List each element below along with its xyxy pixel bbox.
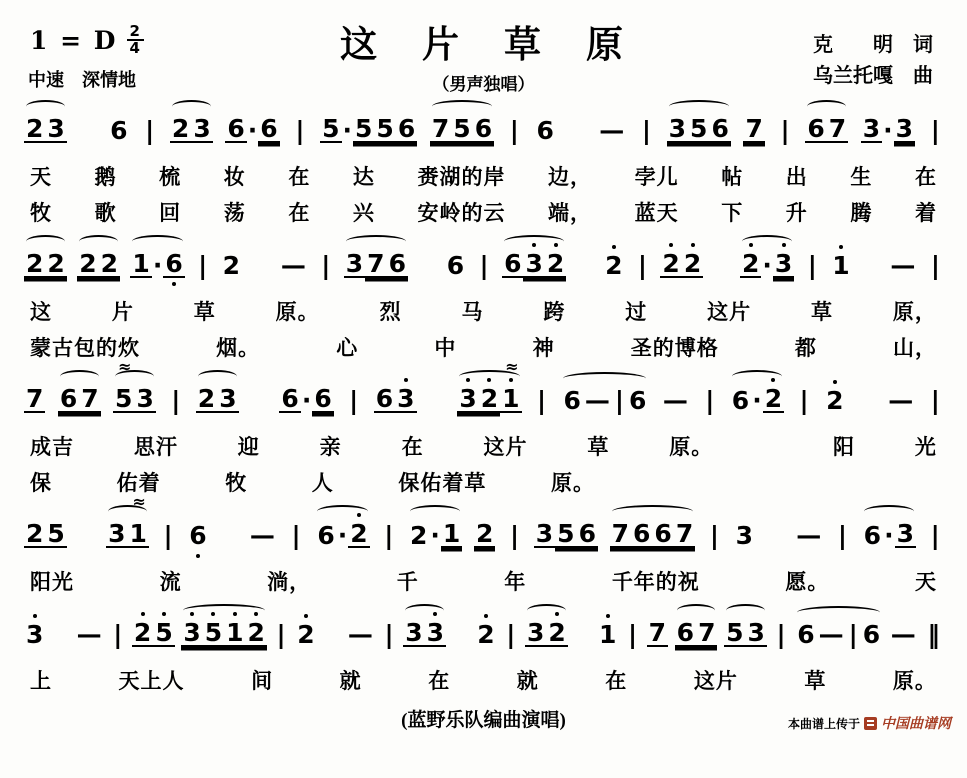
lyric-syllable: 中 bbox=[434, 332, 456, 362]
lyric-syllable: 草 bbox=[811, 296, 833, 326]
lyric-line-1: 天鹅梳妆在达赉湖的岸边，孛儿帖出生在 bbox=[30, 159, 937, 193]
lyric-syllable: 保佑着草 bbox=[398, 467, 486, 497]
note: 2 bbox=[170, 116, 191, 143]
note: 2 bbox=[545, 251, 566, 278]
barline: | bbox=[846, 622, 861, 647]
note-group: | bbox=[928, 388, 943, 413]
lyric-syllable: 在 bbox=[402, 431, 424, 461]
note: 1≈ bbox=[500, 386, 521, 413]
barline: | bbox=[639, 118, 654, 143]
slur-group: 6—|6 bbox=[795, 622, 882, 647]
note-group: | bbox=[928, 118, 943, 143]
note: 3 bbox=[403, 620, 424, 647]
lyric-syllable: 上 bbox=[30, 665, 52, 695]
music-line-4: 2531≈|6—|6·2|2·12|3567667|3—|6·3| bbox=[22, 499, 945, 562]
note: 3 bbox=[395, 386, 416, 413]
note-group: 3 bbox=[24, 622, 45, 647]
slur-group: 6—|6 bbox=[561, 388, 648, 413]
dash-extension: — bbox=[888, 253, 917, 278]
note: 7 bbox=[743, 116, 764, 143]
lyric-line-8: 上天上人间就在就在这片草原。 bbox=[30, 663, 937, 697]
note-group: | bbox=[625, 622, 640, 647]
augmentation-dot: · bbox=[342, 118, 354, 143]
note-group: — bbox=[889, 622, 918, 647]
note-group: | bbox=[702, 388, 717, 413]
note-group: | bbox=[635, 253, 650, 278]
lyric-syllable: 心 bbox=[336, 332, 358, 362]
augmentation-dot: · bbox=[761, 253, 773, 278]
barline: | bbox=[612, 388, 627, 413]
note: 6 bbox=[387, 251, 408, 278]
barline: | bbox=[346, 388, 361, 413]
lyric-syllable: 迎 bbox=[238, 431, 260, 461]
note: 6 bbox=[631, 521, 652, 548]
slur-group: 22 bbox=[77, 251, 120, 278]
lyric-syllable: 妆 bbox=[224, 161, 246, 191]
note-group: 6 bbox=[535, 118, 556, 143]
slur-group: 67 bbox=[58, 386, 101, 413]
lyric-syllable: 千年的祝 bbox=[612, 566, 700, 596]
uploader-note: 本曲谱上传于 中国曲谱网 bbox=[788, 713, 951, 733]
note: 2 bbox=[682, 251, 703, 278]
slur-arc-icon bbox=[807, 100, 846, 113]
note: 3 bbox=[773, 251, 794, 278]
note: 2 bbox=[475, 622, 496, 647]
augmentation-dot: · bbox=[152, 253, 164, 278]
note: 6 bbox=[258, 116, 279, 143]
slur-arc-icon bbox=[677, 604, 716, 617]
slur-arc-icon bbox=[26, 100, 65, 113]
note-group: 22 bbox=[660, 251, 703, 278]
note-group: 7 bbox=[743, 116, 764, 143]
lyric-syllable: 原， bbox=[893, 296, 937, 326]
note-group: 25 bbox=[132, 620, 175, 647]
note: 6 bbox=[396, 116, 417, 143]
lyric-syllable: 这片 bbox=[707, 296, 751, 326]
mordent-icon: ≈ bbox=[118, 359, 131, 375]
slur-arc-icon bbox=[198, 370, 237, 383]
note-group: | bbox=[477, 253, 492, 278]
lyric-syllable: 蓝天 bbox=[635, 197, 679, 227]
lyric-syllable: 圣的博格 bbox=[631, 332, 719, 362]
note: 6 bbox=[627, 388, 648, 413]
lyric-line-6: 保佑着牧人保佑着草原。 bbox=[30, 465, 595, 499]
augmentation-dot: · bbox=[882, 118, 894, 143]
credits: 克 明 词 乌兰托嘎 曲 bbox=[813, 30, 933, 92]
note: 2 bbox=[77, 251, 98, 278]
slur-group: 31≈ bbox=[106, 521, 149, 548]
augmentation-dot: · bbox=[883, 523, 895, 548]
note-group: | bbox=[507, 118, 522, 143]
key-signature: 1 = D 2 4 bbox=[30, 24, 144, 57]
note-group: | bbox=[639, 118, 654, 143]
barline: | bbox=[635, 253, 650, 278]
note: 7 bbox=[674, 521, 695, 548]
barline: | bbox=[289, 523, 304, 548]
note: 6 bbox=[861, 622, 882, 647]
note: 7 bbox=[696, 620, 717, 647]
note: 6 bbox=[535, 118, 556, 143]
note-group: 2 bbox=[295, 622, 316, 647]
key-text: 1 = D bbox=[30, 26, 117, 55]
note-group: | bbox=[161, 523, 176, 548]
barline: | bbox=[292, 118, 307, 143]
note-group: 2 bbox=[474, 521, 495, 548]
note: 5 bbox=[203, 620, 224, 647]
lyric-syllable: 阳光 bbox=[30, 566, 74, 596]
lyric-syllable: 出 bbox=[786, 161, 808, 191]
note: 6 bbox=[473, 116, 494, 143]
barline: | bbox=[381, 622, 396, 647]
lyric-syllable: 原。 bbox=[551, 467, 595, 497]
composer-credit: 乌兰托嘎 曲 bbox=[813, 61, 933, 92]
barline: | bbox=[702, 388, 717, 413]
slur-arc-icon bbox=[172, 100, 211, 113]
lyric-syllable: 马 bbox=[461, 296, 483, 326]
note-group: | bbox=[142, 118, 157, 143]
slur-group: 321≈ bbox=[457, 386, 521, 413]
note-group: 1 bbox=[597, 622, 618, 647]
note: 6 bbox=[187, 523, 208, 548]
dash-extension: — bbox=[794, 523, 823, 548]
note-group: | bbox=[110, 622, 125, 647]
note: 3 bbox=[344, 251, 365, 278]
note-group: 6·6 bbox=[225, 116, 279, 143]
note: 7 bbox=[365, 251, 386, 278]
lyric-syllable: 下 bbox=[721, 197, 743, 227]
lyric-syllable: 烈 bbox=[380, 296, 402, 326]
lyric-syllable: 就 bbox=[340, 665, 362, 695]
tempo-marking: 中速 深情地 bbox=[28, 66, 136, 92]
augmentation-dot: · bbox=[429, 523, 441, 548]
note: 2 bbox=[740, 251, 761, 278]
dash-extension: — bbox=[583, 388, 612, 413]
note-group: — bbox=[248, 523, 277, 548]
barline: | bbox=[928, 388, 943, 413]
qupu-site-logo-icon bbox=[864, 717, 877, 730]
barline: | bbox=[534, 388, 549, 413]
music-line-3: 7675≈3|236·6|63321≈|6—|6—|6·2|2—| bbox=[22, 364, 945, 427]
dash-extension: — bbox=[75, 622, 104, 647]
slur-group: 32 bbox=[525, 620, 568, 647]
lyric-syllable: 草 bbox=[194, 296, 216, 326]
slur-group: 67 bbox=[675, 620, 718, 647]
slur-group: 3512 bbox=[181, 620, 267, 647]
note: 3 bbox=[667, 116, 688, 143]
slur-arc-icon bbox=[60, 370, 99, 383]
upload-text: 本曲谱上传于 bbox=[788, 715, 860, 732]
note-group: 7 bbox=[24, 386, 45, 413]
dash-extension: — bbox=[248, 523, 277, 548]
note: 3 bbox=[217, 386, 238, 413]
barline: | bbox=[168, 388, 183, 413]
lyric-syllable: 孛儿 bbox=[635, 161, 679, 191]
lyric-syllable: 烟。 bbox=[216, 332, 260, 362]
note: 3 bbox=[861, 116, 882, 143]
lyric-syllable: 安岭的云 bbox=[417, 197, 505, 227]
note: 6 bbox=[374, 386, 395, 413]
slur-arc-icon bbox=[183, 604, 265, 617]
barline: | bbox=[503, 622, 518, 647]
note: 6 bbox=[315, 523, 336, 548]
slur-arc-icon bbox=[346, 235, 406, 248]
augmentation-dot: · bbox=[751, 388, 763, 413]
lyric-syllable: 神 bbox=[533, 332, 555, 362]
lyric-syllable: 亲 bbox=[320, 431, 342, 461]
note: 5 bbox=[724, 620, 745, 647]
note: 2 bbox=[546, 620, 567, 647]
lyric-syllable: 间 bbox=[251, 665, 273, 695]
lyric-line-7: 阳光流淌，千年千年的祝愿。天 bbox=[30, 564, 937, 598]
lyric-syllable: 赉湖的岸 bbox=[417, 161, 505, 191]
note: 7 bbox=[827, 116, 848, 143]
note: 6 bbox=[862, 523, 883, 548]
music-line-5: 3—|253512|2—|332|321|76753|6—|6—‖ bbox=[22, 598, 945, 661]
note: 5 bbox=[153, 620, 174, 647]
note-group: — bbox=[888, 253, 917, 278]
slur-group: 5≈3 bbox=[113, 386, 156, 413]
score-footer: (蓝野乐队编曲演唱) 本曲谱上传于 中国曲谱网 bbox=[0, 705, 967, 749]
slur-group: 22 bbox=[24, 251, 67, 278]
slur-group: 632 bbox=[502, 251, 566, 278]
note: 6 bbox=[652, 521, 673, 548]
lyric-syllable: 原。 bbox=[669, 431, 713, 461]
note: 7 bbox=[647, 620, 668, 647]
note-group: — bbox=[886, 388, 915, 413]
lyric-syllable: 天 bbox=[915, 566, 937, 596]
note-group: | bbox=[797, 388, 812, 413]
note: 6 bbox=[108, 118, 129, 143]
slur-group: 756 bbox=[430, 116, 494, 143]
slur-arc-icon bbox=[410, 505, 460, 518]
note: 3 bbox=[457, 386, 478, 413]
lyric-syllable: 愿。 bbox=[785, 566, 829, 596]
note: 2 bbox=[99, 251, 120, 278]
slur-group: 7667 bbox=[610, 521, 696, 548]
lyric-syllable: 回 bbox=[159, 197, 181, 227]
note: 6 bbox=[225, 116, 246, 143]
note: 7 bbox=[430, 116, 451, 143]
note: 6 bbox=[795, 622, 816, 647]
slur-group: 1·6 bbox=[130, 251, 184, 278]
mordent-icon: ≈ bbox=[133, 494, 146, 510]
music-line-1: 236|236·6|5·556756|6—|3567|673·3| bbox=[22, 94, 945, 157]
lyric-syllable: 天上人 bbox=[119, 665, 185, 695]
note-group: 2 bbox=[221, 253, 242, 278]
note: 3 bbox=[745, 620, 766, 647]
note: 2 bbox=[824, 388, 845, 413]
lyric-syllable: 保 bbox=[30, 467, 52, 497]
slur-arc-icon bbox=[405, 604, 444, 617]
note: 2 bbox=[246, 620, 267, 647]
note: 5 bbox=[688, 116, 709, 143]
slur-arc-icon bbox=[132, 235, 182, 248]
slur-group: 376 bbox=[344, 251, 408, 278]
lyric-syllable: 帖 bbox=[721, 161, 743, 191]
note: 5 bbox=[374, 116, 395, 143]
lyric-syllable: 升 bbox=[786, 197, 808, 227]
lyric-syllable: 牧 bbox=[30, 197, 52, 227]
site-name: 中国曲谱网 bbox=[881, 713, 951, 733]
augmentation-dot: · bbox=[301, 388, 313, 413]
barline: | bbox=[928, 253, 943, 278]
barline: | bbox=[805, 253, 820, 278]
dash-extension: — bbox=[886, 388, 915, 413]
note: 3 bbox=[191, 116, 212, 143]
slur-arc-icon bbox=[527, 604, 566, 617]
time-signature-denominator: 4 bbox=[127, 39, 143, 56]
note: 6 bbox=[163, 251, 184, 278]
slur-arc-icon bbox=[432, 100, 492, 113]
lyric-syllable: 边， bbox=[548, 161, 592, 191]
lyric-line-2: 牧歌回荡在兴安岭的云端，蓝天下升腾着 bbox=[30, 195, 937, 229]
note: 3 bbox=[895, 521, 916, 548]
note-group: 2 bbox=[603, 253, 624, 278]
note: 5 bbox=[353, 116, 374, 143]
note-group: | bbox=[503, 622, 518, 647]
slur-arc-icon bbox=[563, 372, 646, 385]
time-signature: 2 4 bbox=[127, 24, 143, 57]
lyric-syllable: 荡 bbox=[224, 197, 246, 227]
note: 6 bbox=[561, 388, 582, 413]
lyric-syllable: 端， bbox=[548, 197, 592, 227]
lyric-line-5: 成吉思汗迎亲在这片草原。阳光 bbox=[30, 429, 937, 463]
note: 2 bbox=[603, 253, 624, 278]
slur-group: 23 bbox=[196, 386, 239, 413]
note: 7 bbox=[610, 521, 631, 548]
barline: | bbox=[161, 523, 176, 548]
lyric-syllable: 鹅 bbox=[95, 161, 117, 191]
note-group: | bbox=[381, 622, 396, 647]
note: 3 bbox=[45, 116, 66, 143]
dash-extension: — bbox=[889, 622, 918, 647]
note-group: | bbox=[289, 523, 304, 548]
time-signature-numerator: 2 bbox=[129, 24, 141, 39]
note: 7 bbox=[24, 386, 45, 413]
note-group: | bbox=[195, 253, 210, 278]
note-group: | bbox=[928, 523, 943, 548]
note-group: 5·556 bbox=[320, 116, 417, 143]
music-line-2: 22221·6|2—|3766|6322|222·3|1—| bbox=[22, 229, 945, 292]
note: 6 bbox=[312, 386, 333, 413]
lyric-syllable: 年 bbox=[504, 566, 526, 596]
slur-group: 6·3 bbox=[862, 521, 916, 548]
mordent-icon: ≈ bbox=[505, 359, 518, 375]
barline: | bbox=[797, 388, 812, 413]
note: 2 bbox=[474, 521, 495, 548]
note: 3 bbox=[425, 620, 446, 647]
note: 5≈ bbox=[113, 386, 134, 413]
note: 1 bbox=[597, 622, 618, 647]
note-group: 25 bbox=[24, 521, 67, 548]
barline: | bbox=[507, 118, 522, 143]
note: 6 bbox=[730, 388, 751, 413]
note: 1≈ bbox=[127, 521, 148, 548]
dash-extension: — bbox=[661, 388, 690, 413]
lyric-syllable: 着 bbox=[915, 197, 937, 227]
lyric-syllable: 在 bbox=[288, 161, 310, 191]
note: 3 bbox=[134, 386, 155, 413]
barline: | bbox=[928, 523, 943, 548]
lyric-syllable: 原。 bbox=[276, 296, 320, 326]
note-group: — bbox=[597, 118, 626, 143]
dash-extension: — bbox=[279, 253, 308, 278]
note: 6 bbox=[577, 521, 598, 548]
slur-group: 23 bbox=[24, 116, 67, 143]
barline: | bbox=[835, 523, 850, 548]
barline: | bbox=[318, 253, 333, 278]
note: 6 bbox=[58, 386, 79, 413]
note: 1 bbox=[830, 253, 851, 278]
note-group: — bbox=[346, 622, 375, 647]
note-group: 1 bbox=[830, 253, 851, 278]
note-group: | bbox=[778, 118, 793, 143]
note: 1 bbox=[441, 521, 462, 548]
slur-arc-icon bbox=[79, 235, 118, 248]
slur-group: 6·2 bbox=[315, 521, 369, 548]
lyric-syllable: 生 bbox=[850, 161, 872, 191]
slur-arc-icon bbox=[726, 604, 765, 617]
note-group: 2 bbox=[824, 388, 845, 413]
lyric-line-3: 这片草原。烈马跨过这片草原， bbox=[30, 294, 937, 328]
lyric-syllable: 草 bbox=[804, 665, 826, 695]
note: 3 bbox=[106, 521, 127, 548]
note: 2 bbox=[132, 620, 153, 647]
dash-extension: — bbox=[597, 118, 626, 143]
lyric-syllable: 这 bbox=[30, 296, 52, 326]
lyric-syllable: 在 bbox=[288, 197, 310, 227]
note-group: 6·6 bbox=[279, 386, 333, 413]
note: 3 bbox=[734, 523, 755, 548]
note: 2 bbox=[348, 521, 369, 548]
note-group: 2 bbox=[475, 622, 496, 647]
slur-group: 33 bbox=[403, 620, 446, 647]
note: 6 bbox=[709, 116, 730, 143]
note-group: | bbox=[274, 622, 289, 647]
note-group: 7 bbox=[647, 620, 668, 647]
augmentation-dot: · bbox=[247, 118, 259, 143]
final-barline: ‖ bbox=[924, 622, 943, 647]
lyric-syllable: 这片 bbox=[483, 431, 527, 461]
note-group: — bbox=[794, 523, 823, 548]
note-group: | bbox=[835, 523, 850, 548]
note: 1 bbox=[224, 620, 245, 647]
note: 2 bbox=[408, 523, 429, 548]
note: 5 bbox=[555, 521, 576, 548]
barline: | bbox=[928, 118, 943, 143]
lyric-syllable: 兴 bbox=[353, 197, 375, 227]
note-group: 6 bbox=[108, 118, 129, 143]
lyric-syllable: 梳 bbox=[159, 161, 181, 191]
augmentation-dot: · bbox=[337, 523, 349, 548]
barline: | bbox=[707, 523, 722, 548]
note-group: | bbox=[773, 622, 788, 647]
lyric-syllable: 在 bbox=[605, 665, 627, 695]
note-group: | bbox=[534, 388, 549, 413]
note-group: 63 bbox=[374, 386, 417, 413]
note: 3 bbox=[534, 521, 555, 548]
barline: | bbox=[778, 118, 793, 143]
slur-group: 2·3 bbox=[740, 251, 794, 278]
lyric-syllable: 阳 bbox=[833, 431, 855, 461]
note: 3 bbox=[24, 622, 45, 647]
note: 6 bbox=[502, 251, 523, 278]
note: 6 bbox=[445, 253, 466, 278]
note: 3 bbox=[181, 620, 202, 647]
lyric-syllable: 在 bbox=[915, 161, 937, 191]
lyric-syllable: 达 bbox=[353, 161, 375, 191]
score-header: 1 = D 2 4 中速 深情地 这 片 草 原 （男声独唱） 克 明 词 乌兰… bbox=[0, 0, 967, 94]
